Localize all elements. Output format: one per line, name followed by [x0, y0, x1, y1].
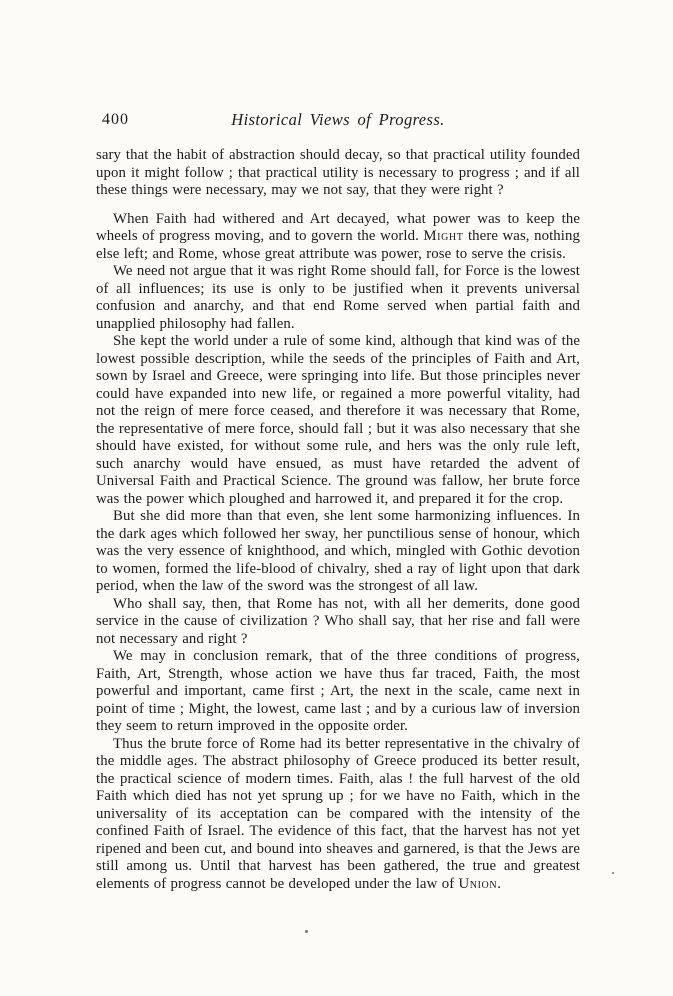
paragraph-but-she-did-more: But she did more than that even, she len…: [96, 508, 580, 596]
paragraph-text: .: [497, 876, 501, 892]
paragraph-text: She kept the world under a rule of some …: [96, 333, 580, 507]
running-title: Historical Views of Progress.: [96, 110, 580, 130]
paragraph-we-need-not-argue: We need not argue that it was right Rome…: [96, 263, 580, 333]
paragraph-we-may-in-conclusion: We may in conclusion remark, that of the…: [96, 648, 580, 736]
paragraph-text: Who shall say, then, that Rome has not, …: [96, 596, 580, 647]
scan-speck: [612, 872, 614, 874]
paragraph-text: But she did more than that even, she len…: [96, 508, 580, 594]
page-header: 400 Historical Views of Progress.: [96, 110, 580, 134]
scan-speck: [305, 930, 308, 933]
paragraph-text: sary that the habit of abstraction shoul…: [96, 147, 580, 198]
paragraph-who-shall-say: Who shall say, then, that Rome has not, …: [96, 596, 580, 649]
smallcaps-union: Union: [459, 876, 498, 892]
paragraph-thus-the-brute-force: Thus the brute force of Rome had its bet…: [96, 736, 580, 894]
paragraph-she-kept-the-world: She kept the world under a rule of some …: [96, 333, 580, 508]
book-page: 400 Historical Views of Progress. sary t…: [0, 0, 673, 996]
paragraph-when-faith: When Faith had withered and Art decayed,…: [96, 211, 580, 264]
page-number: 400: [102, 111, 129, 129]
paragraph-text: We need not argue that it was right Rome…: [96, 263, 580, 332]
paragraph-text: We may in conclusion remark, that of the…: [96, 648, 580, 734]
page-body: sary that the habit of abstraction shoul…: [96, 147, 580, 893]
paragraph-continuation: sary that the habit of abstraction shoul…: [96, 147, 580, 200]
smallcaps-might: Might: [423, 228, 463, 244]
paragraph-text: Thus the brute force of Rome had its bet…: [96, 736, 580, 892]
